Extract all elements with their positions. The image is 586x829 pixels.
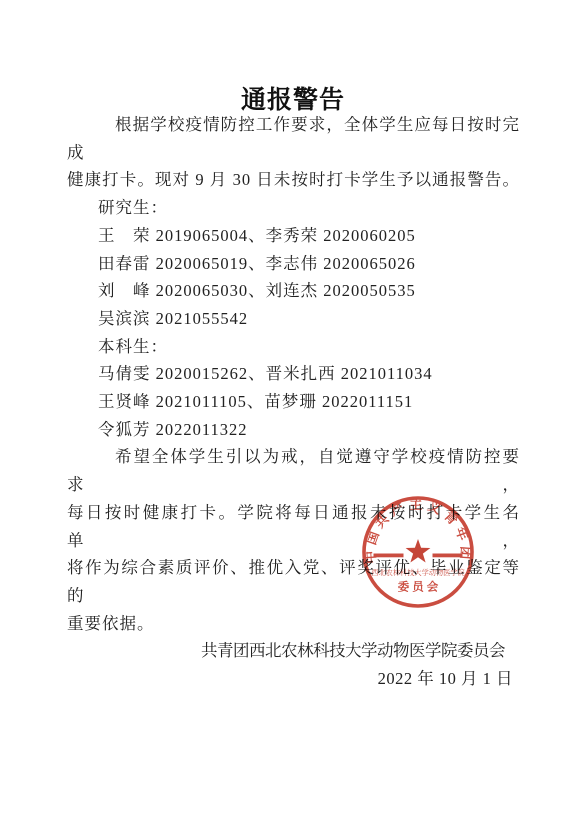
grad-student-line: 吴滨滨 2021055542 (67, 305, 520, 333)
undergrad-student-line: 王贤峰 2021011105、苗梦珊 2022011151 (67, 388, 520, 416)
closing-line: 将作为综合素质评价、推优入党、评奖评优、毕业鉴定等的 (67, 554, 520, 609)
intro-line: 根据学校疫情防控工作要求，全体学生应每日按时完成 (67, 111, 520, 166)
intro-line: 健康打卡。现对 9 月 30 日未按时打卡学生予以通报警告。 (67, 166, 520, 194)
closing-line: 每日按时健康打卡。学院将每日通报未按时打卡学生名单， (67, 499, 520, 554)
date-line: 2022 年 10 月 1 日 (67, 665, 520, 693)
notice-document-page: 通报警告 根据学校疫情防控工作要求，全体学生应每日按时完成 健康打卡。现对 9 … (0, 0, 586, 829)
grad-section-header: 研究生： (67, 194, 520, 222)
document-body: 根据学校疫情防控工作要求，全体学生应每日按时完成 健康打卡。现对 9 月 30 … (67, 111, 520, 693)
undergrad-section-header: 本科生： (67, 333, 520, 361)
closing-line: 希望全体学生引以为戒，自觉遵守学校疫情防控要求， (67, 443, 520, 498)
grad-student-line: 王 荣 2019065004、李秀荣 2020060205 (67, 222, 520, 250)
closing-line: 重要依据。 (67, 610, 520, 638)
undergrad-student-line: 马倩雯 2020015262、晋米扎西 2021011034 (67, 360, 520, 388)
undergrad-student-line: 令狐芳 2022011322 (67, 416, 520, 444)
grad-student-line: 刘 峰 2020065030、刘连杰 2020050535 (67, 277, 520, 305)
grad-student-line: 田春雷 2020065019、李志伟 2020065026 (67, 250, 520, 278)
signature-line: 共青团西北农林科技大学动物医学院委员会 (67, 637, 520, 665)
